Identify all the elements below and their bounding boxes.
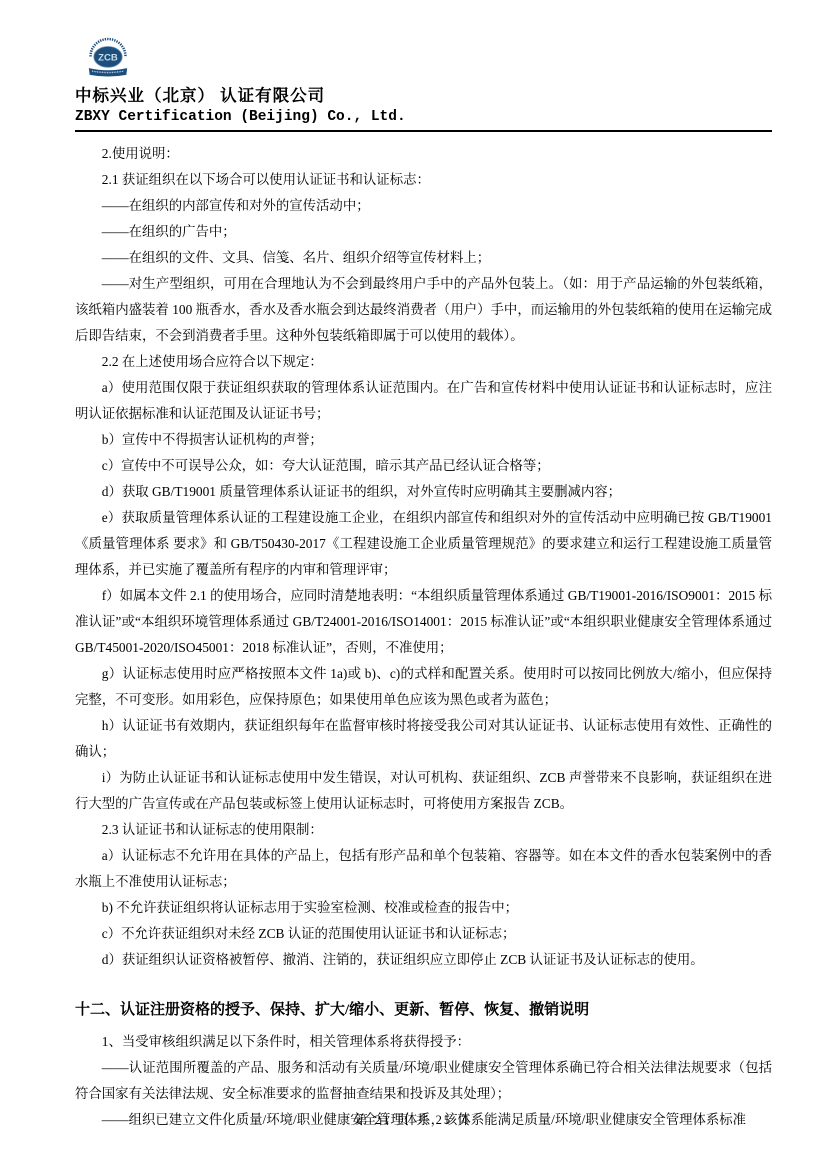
paragraph: ——在组织的文件、文具、信笺、名片、组织介绍等宣传材料上；	[75, 245, 772, 271]
paragraph: c）不允许获证组织对未经 ZCB 认证的范围使用认证证书和认证标志；	[75, 921, 772, 947]
paragraph: f）如属本文件 2.1 的使用场合，应同时清楚地表明：“本组织质量管理体系通过 …	[75, 583, 772, 661]
paragraph: ——对生产型组织，可用在合理地认为不会到最终用户手中的产品外包装上。（如：用于产…	[75, 271, 772, 349]
paragraph: b）宣传中不得损害认证机构的声誉；	[75, 427, 772, 453]
logo-banner	[89, 68, 127, 76]
header-divider	[75, 130, 772, 132]
paragraph: e）获取质量管理体系认证的工程建设施工企业，在组织内部宣传和组织对外的宣传活动中…	[75, 505, 772, 583]
paragraph: 2.使用说明：	[75, 141, 772, 167]
company-name-cn: 中标兴业（北京） 认证有限公司	[75, 85, 772, 107]
company-name-en: ZBXY Certification (Beijing) Co., Ltd.	[75, 107, 772, 127]
paragraph: h）认证证书有效期内，获证组织每年在监督审核时将接受我公司对其认证证书、认证标志…	[75, 713, 772, 765]
document-page: ZCB 中标兴业（北京） 认证有限公司 ZBXY Certification (…	[0, 0, 827, 1170]
paragraph: ——在组织的内部宣传和对外的宣传活动中；	[75, 193, 772, 219]
page-header: ZCB 中标兴业（北京） 认证有限公司 ZBXY Certification (…	[75, 34, 772, 132]
page-number: 第 21 页 共 25 页	[0, 1110, 827, 1128]
paragraph: a）使用范围仅限于获证组织获取的管理体系认证范围内。在广告和宣传材料中使用认证证…	[75, 375, 772, 427]
zcb-logo-icon: ZCB	[83, 34, 133, 84]
paragraph: i）为防止认证证书和认证标志使用中发生错误，对认可机构、获证组织、ZCB 声誉带…	[75, 765, 772, 817]
logo-text: ZCB	[98, 53, 118, 64]
company-logo: ZCB	[83, 34, 772, 84]
paragraph: d）获取 GB/T19001 质量管理体系认证证书的组织，对外宣传时应明确其主要…	[75, 479, 772, 505]
paragraph: ——认证范围所覆盖的产品、服务和活动有关质量/环境/职业健康安全管理体系确已符合…	[75, 1055, 772, 1107]
paragraph: g）认证标志使用时应严格按照本文件 1a)或 b)、c)的式样和配置关系。使用时…	[75, 661, 772, 713]
paragraph: 1、当受审核组织满足以下条件时，相关管理体系将获得授予：	[75, 1029, 772, 1055]
paragraph: c）宣传中不可误导公众，如：夸大认证范围，暗示其产品已经认证合格等；	[75, 453, 772, 479]
paragraph: a）认证标志不允许用在具体的产品上，包括有形产品和单个包装箱、容器等。如在本文件…	[75, 843, 772, 895]
paragraph: 2.1 获证组织在以下场合可以使用认证证书和认证标志：	[75, 167, 772, 193]
section-heading: 十二、认证注册资格的授予、保持、扩大/缩小、更新、暂停、恢复、撤销说明	[75, 997, 772, 1023]
paragraph: 2.3 认证证书和认证标志的使用限制：	[75, 817, 772, 843]
paragraph: ——在组织的广告中；	[75, 219, 772, 245]
document-body: 2.使用说明：2.1 获证组织在以下场合可以使用认证证书和认证标志：——在组织的…	[75, 141, 772, 1133]
paragraph: 2.2 在上述使用场合应符合以下规定：	[75, 349, 772, 375]
paragraph: b) 不允许获证组织将认证标志用于实验室检测、校准或检查的报告中；	[75, 895, 772, 921]
paragraph: d）获证组织认证资格被暂停、撤消、注销的，获证组织应立即停止 ZCB 认证证书及…	[75, 947, 772, 973]
